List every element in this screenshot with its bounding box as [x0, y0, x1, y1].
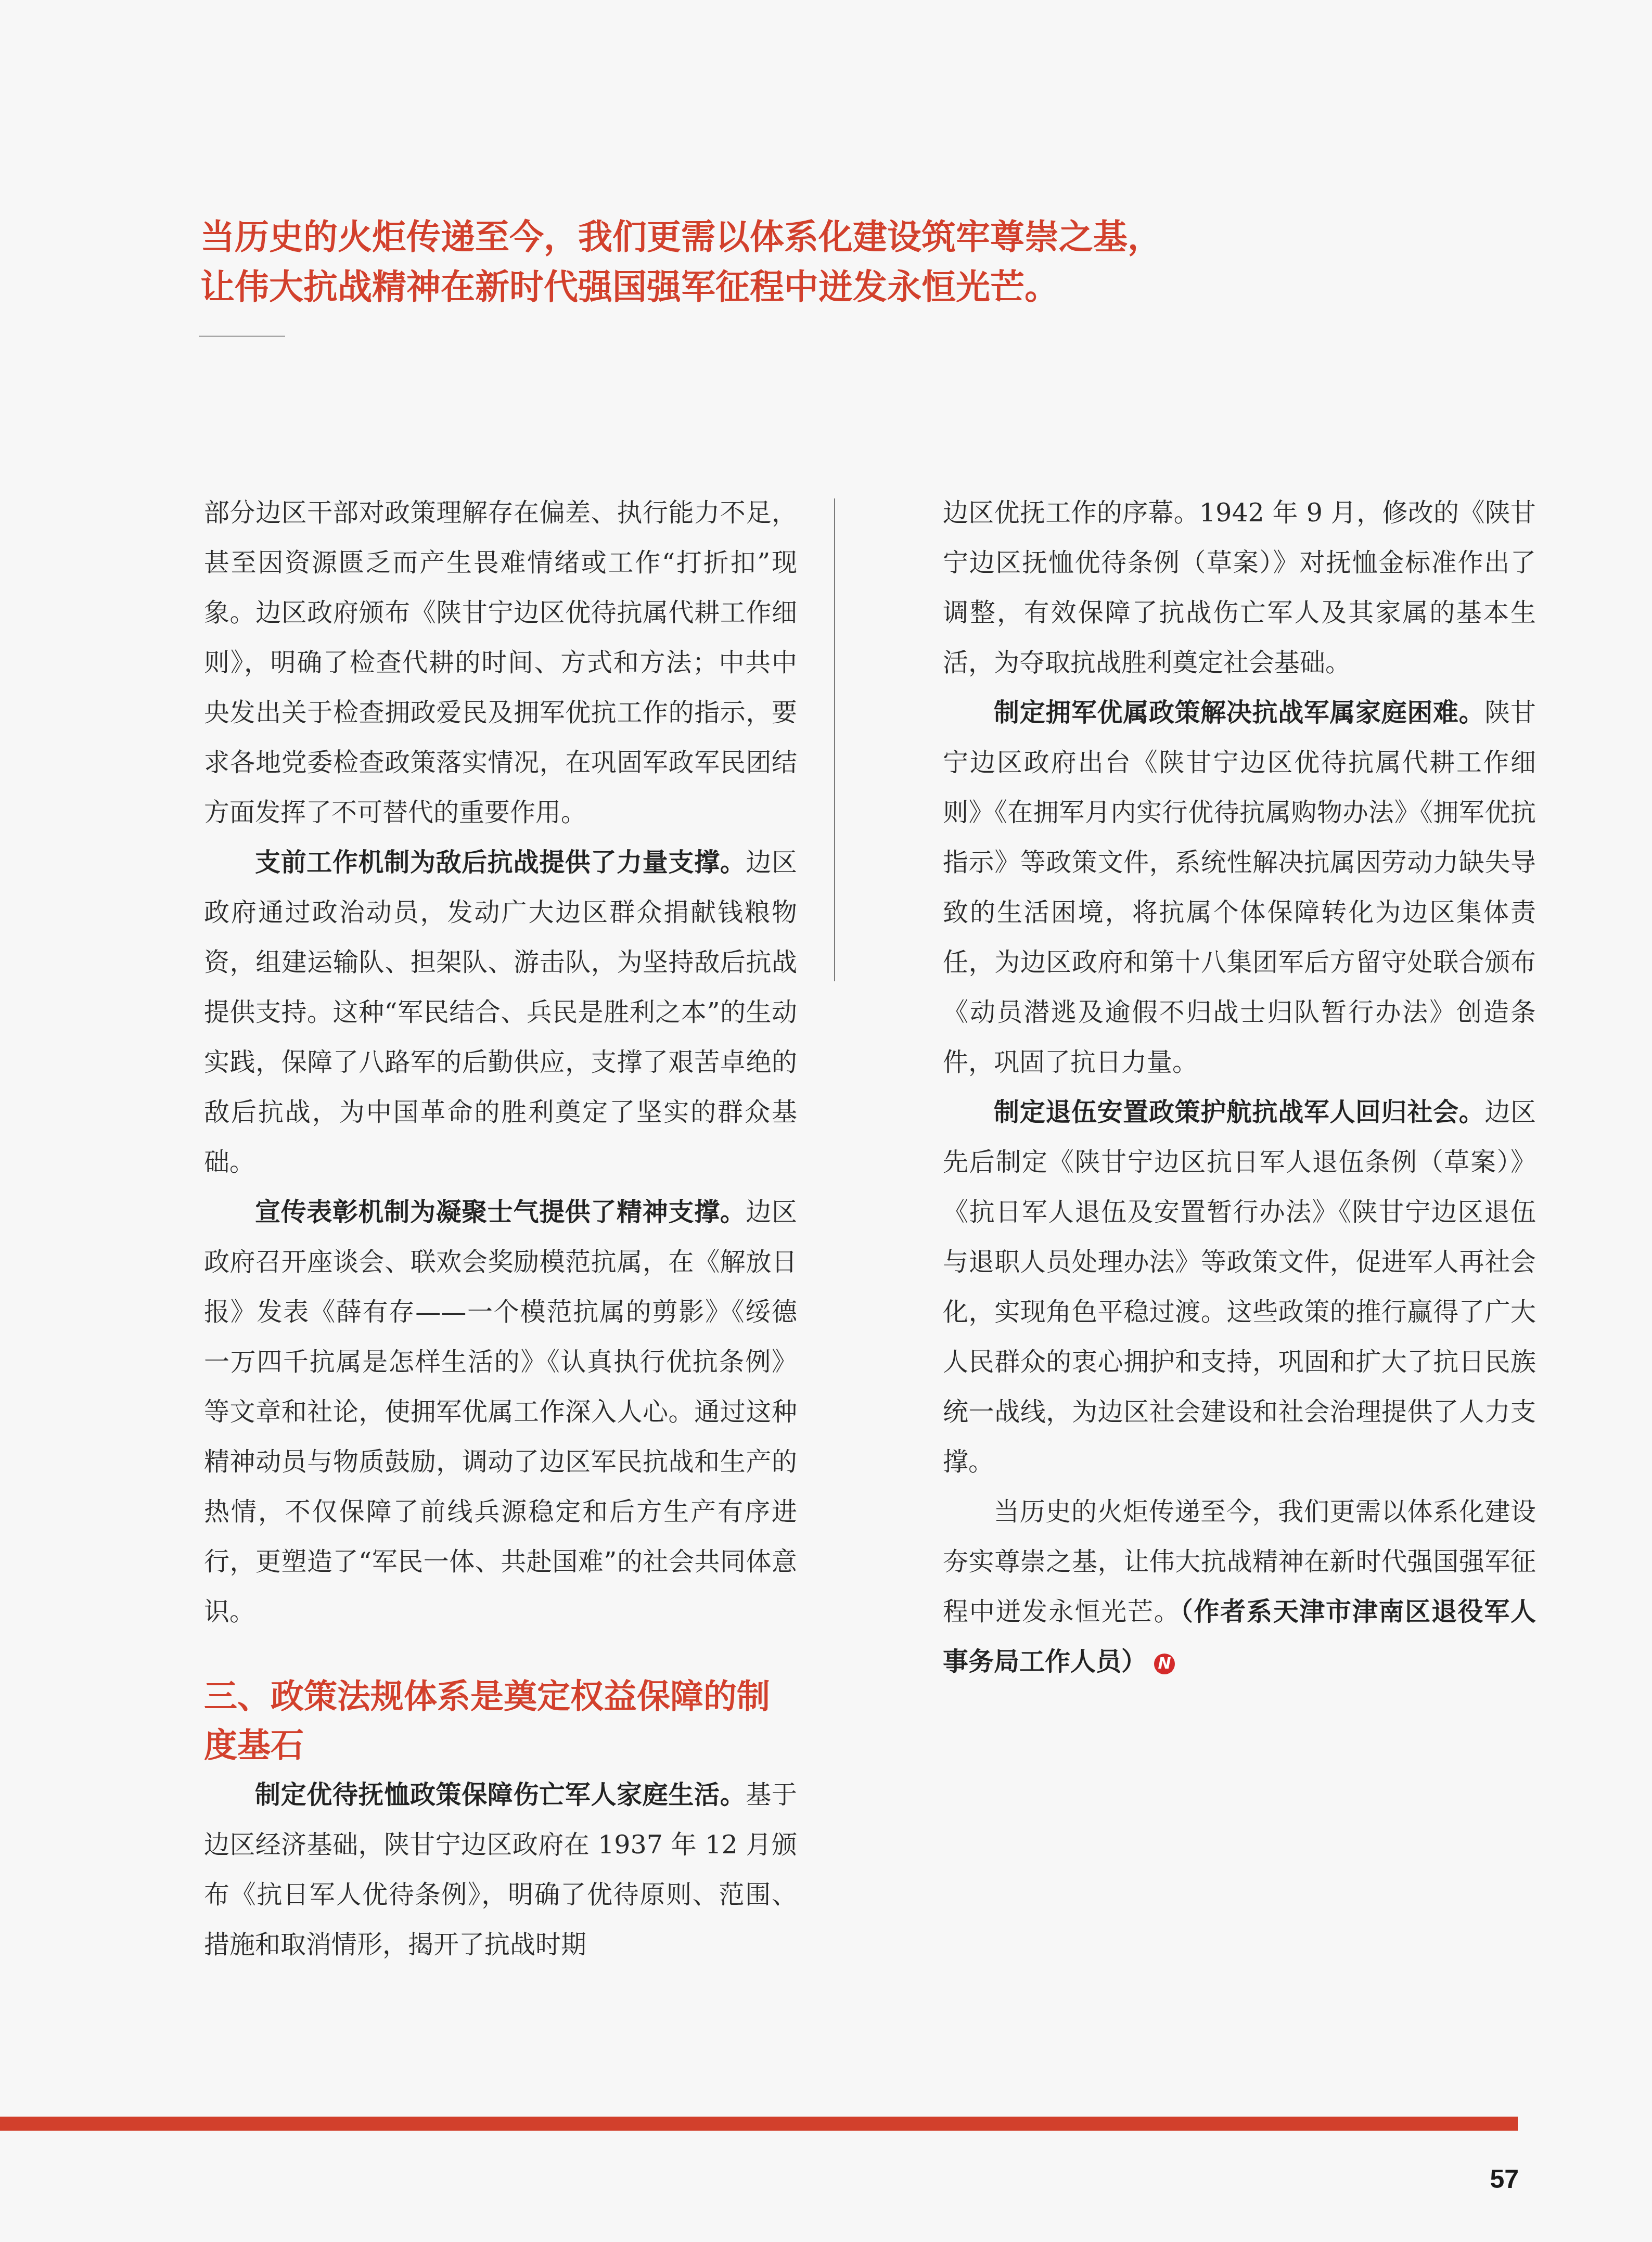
pull-quote-line-2: 让伟大抗战精神在新时代强国强军征程中迸发永恒光芒。 [200, 262, 1345, 312]
paragraph: 制定优待抚恤政策保障伤亡军人家庭生活。基于边区经济基础，陕甘宁边区政府在 193… [204, 1770, 797, 1970]
paragraph-body: 边区先后制定《陕甘宁边区抗日军人退伍条例（草案）》《抗日军人退伍及安置暂行办法》… [943, 1097, 1536, 1477]
paragraph-body: 边区政府通过政治动员，发动广大边区群众捐献钱粮物资，组建运输队、担架队、游击队，… [204, 848, 797, 1177]
pull-quote-divider [199, 336, 285, 337]
column-divider [834, 498, 835, 981]
section-heading: 三、政策法规体系是奠定权益保障的制度基石 [204, 1672, 797, 1770]
run-in-heading: 支前工作机制为敌后抗战提供了力量支撑。 [255, 848, 746, 877]
page-number: 57 [1485, 2164, 1519, 2194]
run-in-heading: 制定优待抚恤政策保障伤亡军人家庭生活。 [255, 1780, 746, 1810]
right-column: 边区优抚工作的序幕。1942 年 9 月，修改的《陕甘宁边区抚恤优待条例（草案）… [943, 488, 1536, 1687]
footer-accent-bar [0, 2117, 1518, 2131]
paragraph: 制定退伍安置政策护航抗战军人回归社会。边区先后制定《陕甘宁边区抗日军人退伍条例（… [943, 1087, 1536, 1487]
paragraph: 宣传表彰机制为凝聚士气提供了精神支撑。边区政府召开座谈会、联欢会奖励模范抗属，在… [204, 1187, 797, 1637]
left-column: 部分边区干部对政策理解存在偏差、执行能力不足，甚至因资源匮乏而产生畏难情绪或工作… [204, 488, 797, 1970]
paragraph: 边区优抚工作的序幕。1942 年 9 月，修改的《陕甘宁边区抚恤优待条例（草案）… [943, 488, 1536, 688]
end-mark-logo-icon: N [1154, 1654, 1175, 1674]
run-in-heading: 制定退伍安置政策护航抗战军人回归社会。 [994, 1097, 1484, 1127]
run-in-heading: 制定拥军优属政策解决抗战军属家庭困难。 [994, 698, 1484, 727]
paragraph: 制定拥军优属政策解决抗战军属家庭困难。陕甘宁边区政府出台《陕甘宁边区优待抗属代耕… [943, 688, 1536, 1087]
pull-quote-line-1: 当历史的火炬传递至今，我们更需以体系化建设筑牢尊崇之基， [200, 212, 1345, 262]
run-in-heading: 宣传表彰机制为凝聚士气提供了精神支撑。 [255, 1197, 746, 1227]
paragraph-body: 陕甘宁边区政府出台《陕甘宁边区优待抗属代耕工作细则》《在拥军月内实行优待抗属购物… [943, 698, 1536, 1077]
paragraph: 部分边区干部对政策理解存在偏差、执行能力不足，甚至因资源匮乏而产生畏难情绪或工作… [204, 488, 797, 838]
closing-paragraph: 当历史的火炬传递至今，我们更需以体系化建设夯实尊崇之基，让伟大抗战精神在新时代强… [943, 1487, 1536, 1687]
paragraph-body: 边区政府召开座谈会、联欢会奖励模范抗属，在《解放日报》发表《薛有存——一个模范抗… [204, 1197, 797, 1626]
pull-quote: 当历史的火炬传递至今，我们更需以体系化建设筑牢尊崇之基， 让伟大抗战精神在新时代… [200, 212, 1345, 312]
paragraph: 支前工作机制为敌后抗战提供了力量支撑。边区政府通过政治动员，发动广大边区群众捐献… [204, 838, 797, 1187]
